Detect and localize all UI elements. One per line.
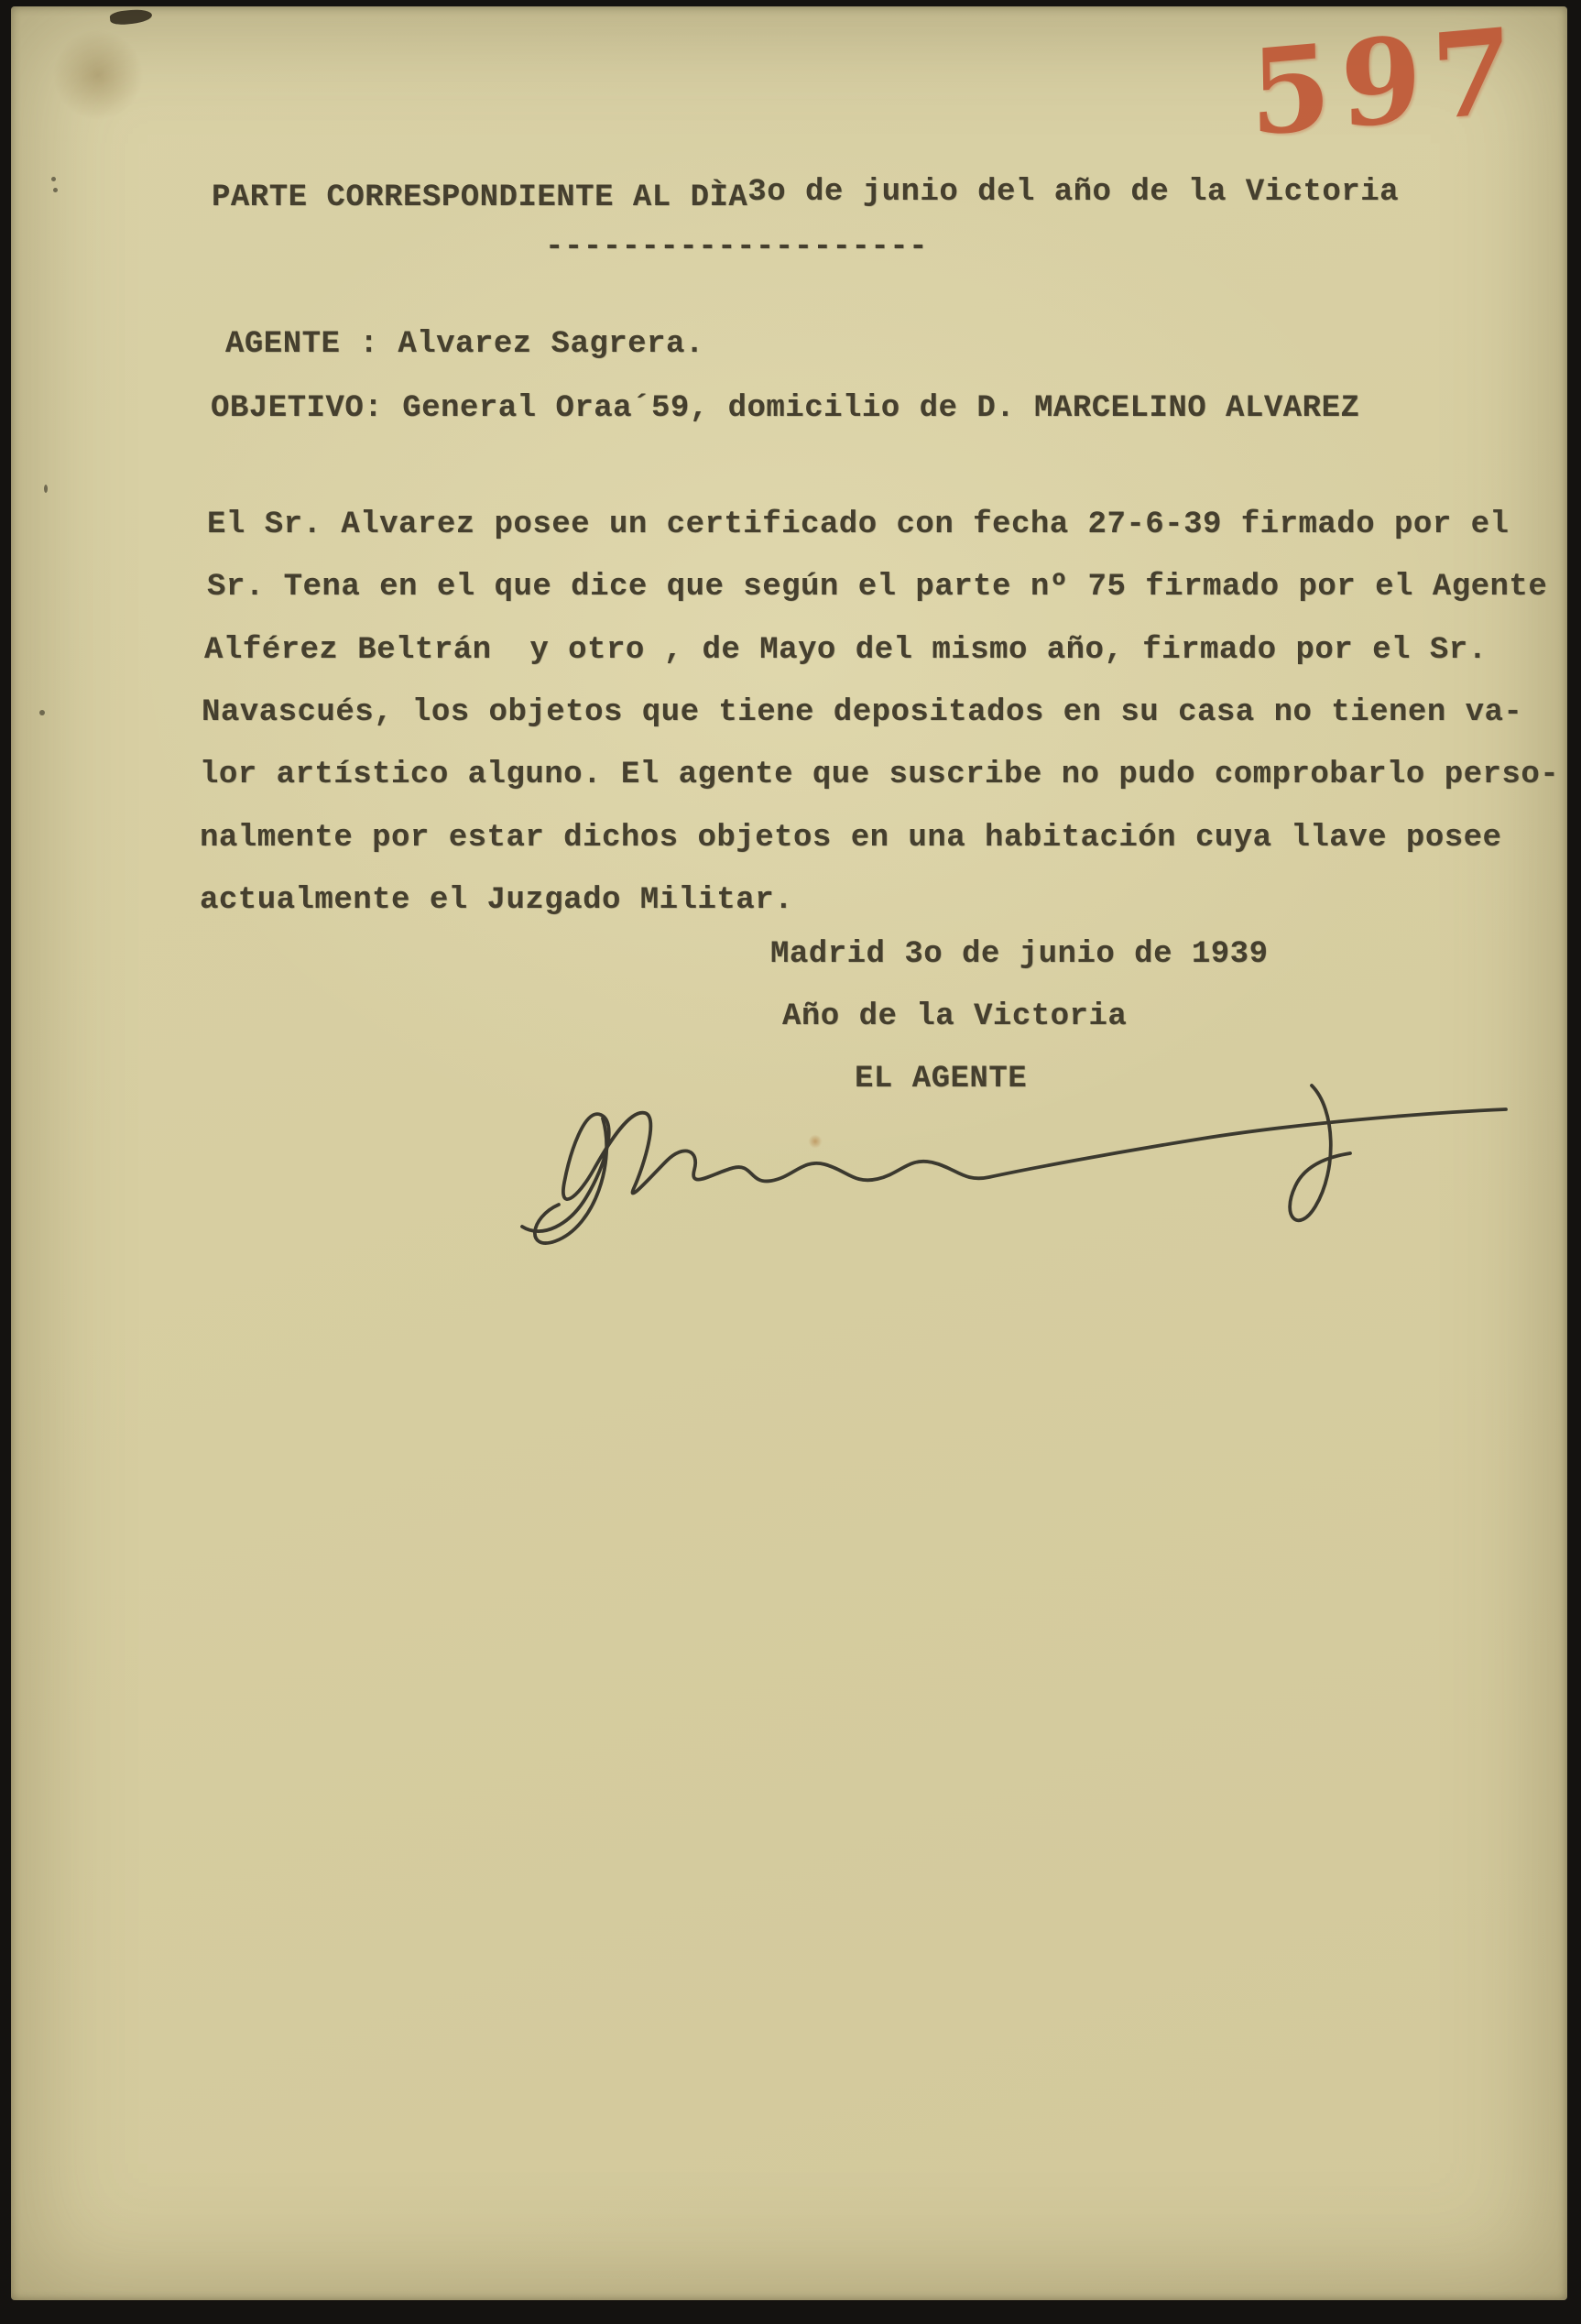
- body-line: Alférez Beltrán y otro , de Mayo del mis…: [204, 633, 1488, 668]
- field-objetivo: OBJETIVO:General Oraa´59, domicilio de D…: [211, 391, 1359, 426]
- title-divider: --------------------: [545, 230, 928, 265]
- body-line: El Sr. Alvarez posee un certificado con …: [207, 507, 1509, 542]
- body-line: lor artístico alguno. El agente que susc…: [200, 758, 1559, 792]
- body-line: actualmente el Juzgado Militar.: [200, 883, 793, 918]
- page-title: PARTE CORRESPONDIENTE AL DÌA3o de junio …: [212, 180, 1399, 215]
- objetivo-value: General Oraa´59, domicilio de D. MARCELI…: [402, 391, 1359, 426]
- agente-value: Alvarez Sagrera.: [398, 327, 703, 362]
- body-line: Sr. Tena en el que dice que según el par…: [207, 570, 1547, 605]
- ink-speck: [39, 710, 45, 715]
- title-date: 3o de junio del año de la Victoria: [747, 175, 1399, 210]
- field-agente: AGENTE :Alvarez Sagrera.: [225, 327, 704, 362]
- objetivo-label: OBJETIVO:: [211, 391, 383, 426]
- title-label: PARTE CORRESPONDIENTE AL DÌA: [212, 180, 747, 215]
- scan-artifact-blob: [109, 8, 152, 27]
- scan-background: 597 PARTE CORRESPONDIENTE AL DÌA3o de ju…: [0, 0, 1581, 2324]
- document-page: 597 PARTE CORRESPONDIENTE AL DÌA3o de ju…: [11, 6, 1567, 2300]
- closing-motto: Año de la Victoria: [782, 999, 1127, 1034]
- ink-speck: [53, 188, 58, 192]
- folio-number: 597: [1248, 2, 1522, 163]
- closing-place-date: Madrid 3o de junio de 1939: [770, 937, 1269, 972]
- agente-label: AGENTE :: [225, 327, 378, 362]
- body-line: nalmente por estar dichos objetos en una…: [200, 821, 1501, 856]
- ink-speck: [44, 485, 48, 493]
- agent-signature: [506, 1069, 1550, 1261]
- ink-speck: [51, 177, 56, 181]
- body-line: Navascués, los objetos que tiene deposit…: [202, 695, 1522, 730]
